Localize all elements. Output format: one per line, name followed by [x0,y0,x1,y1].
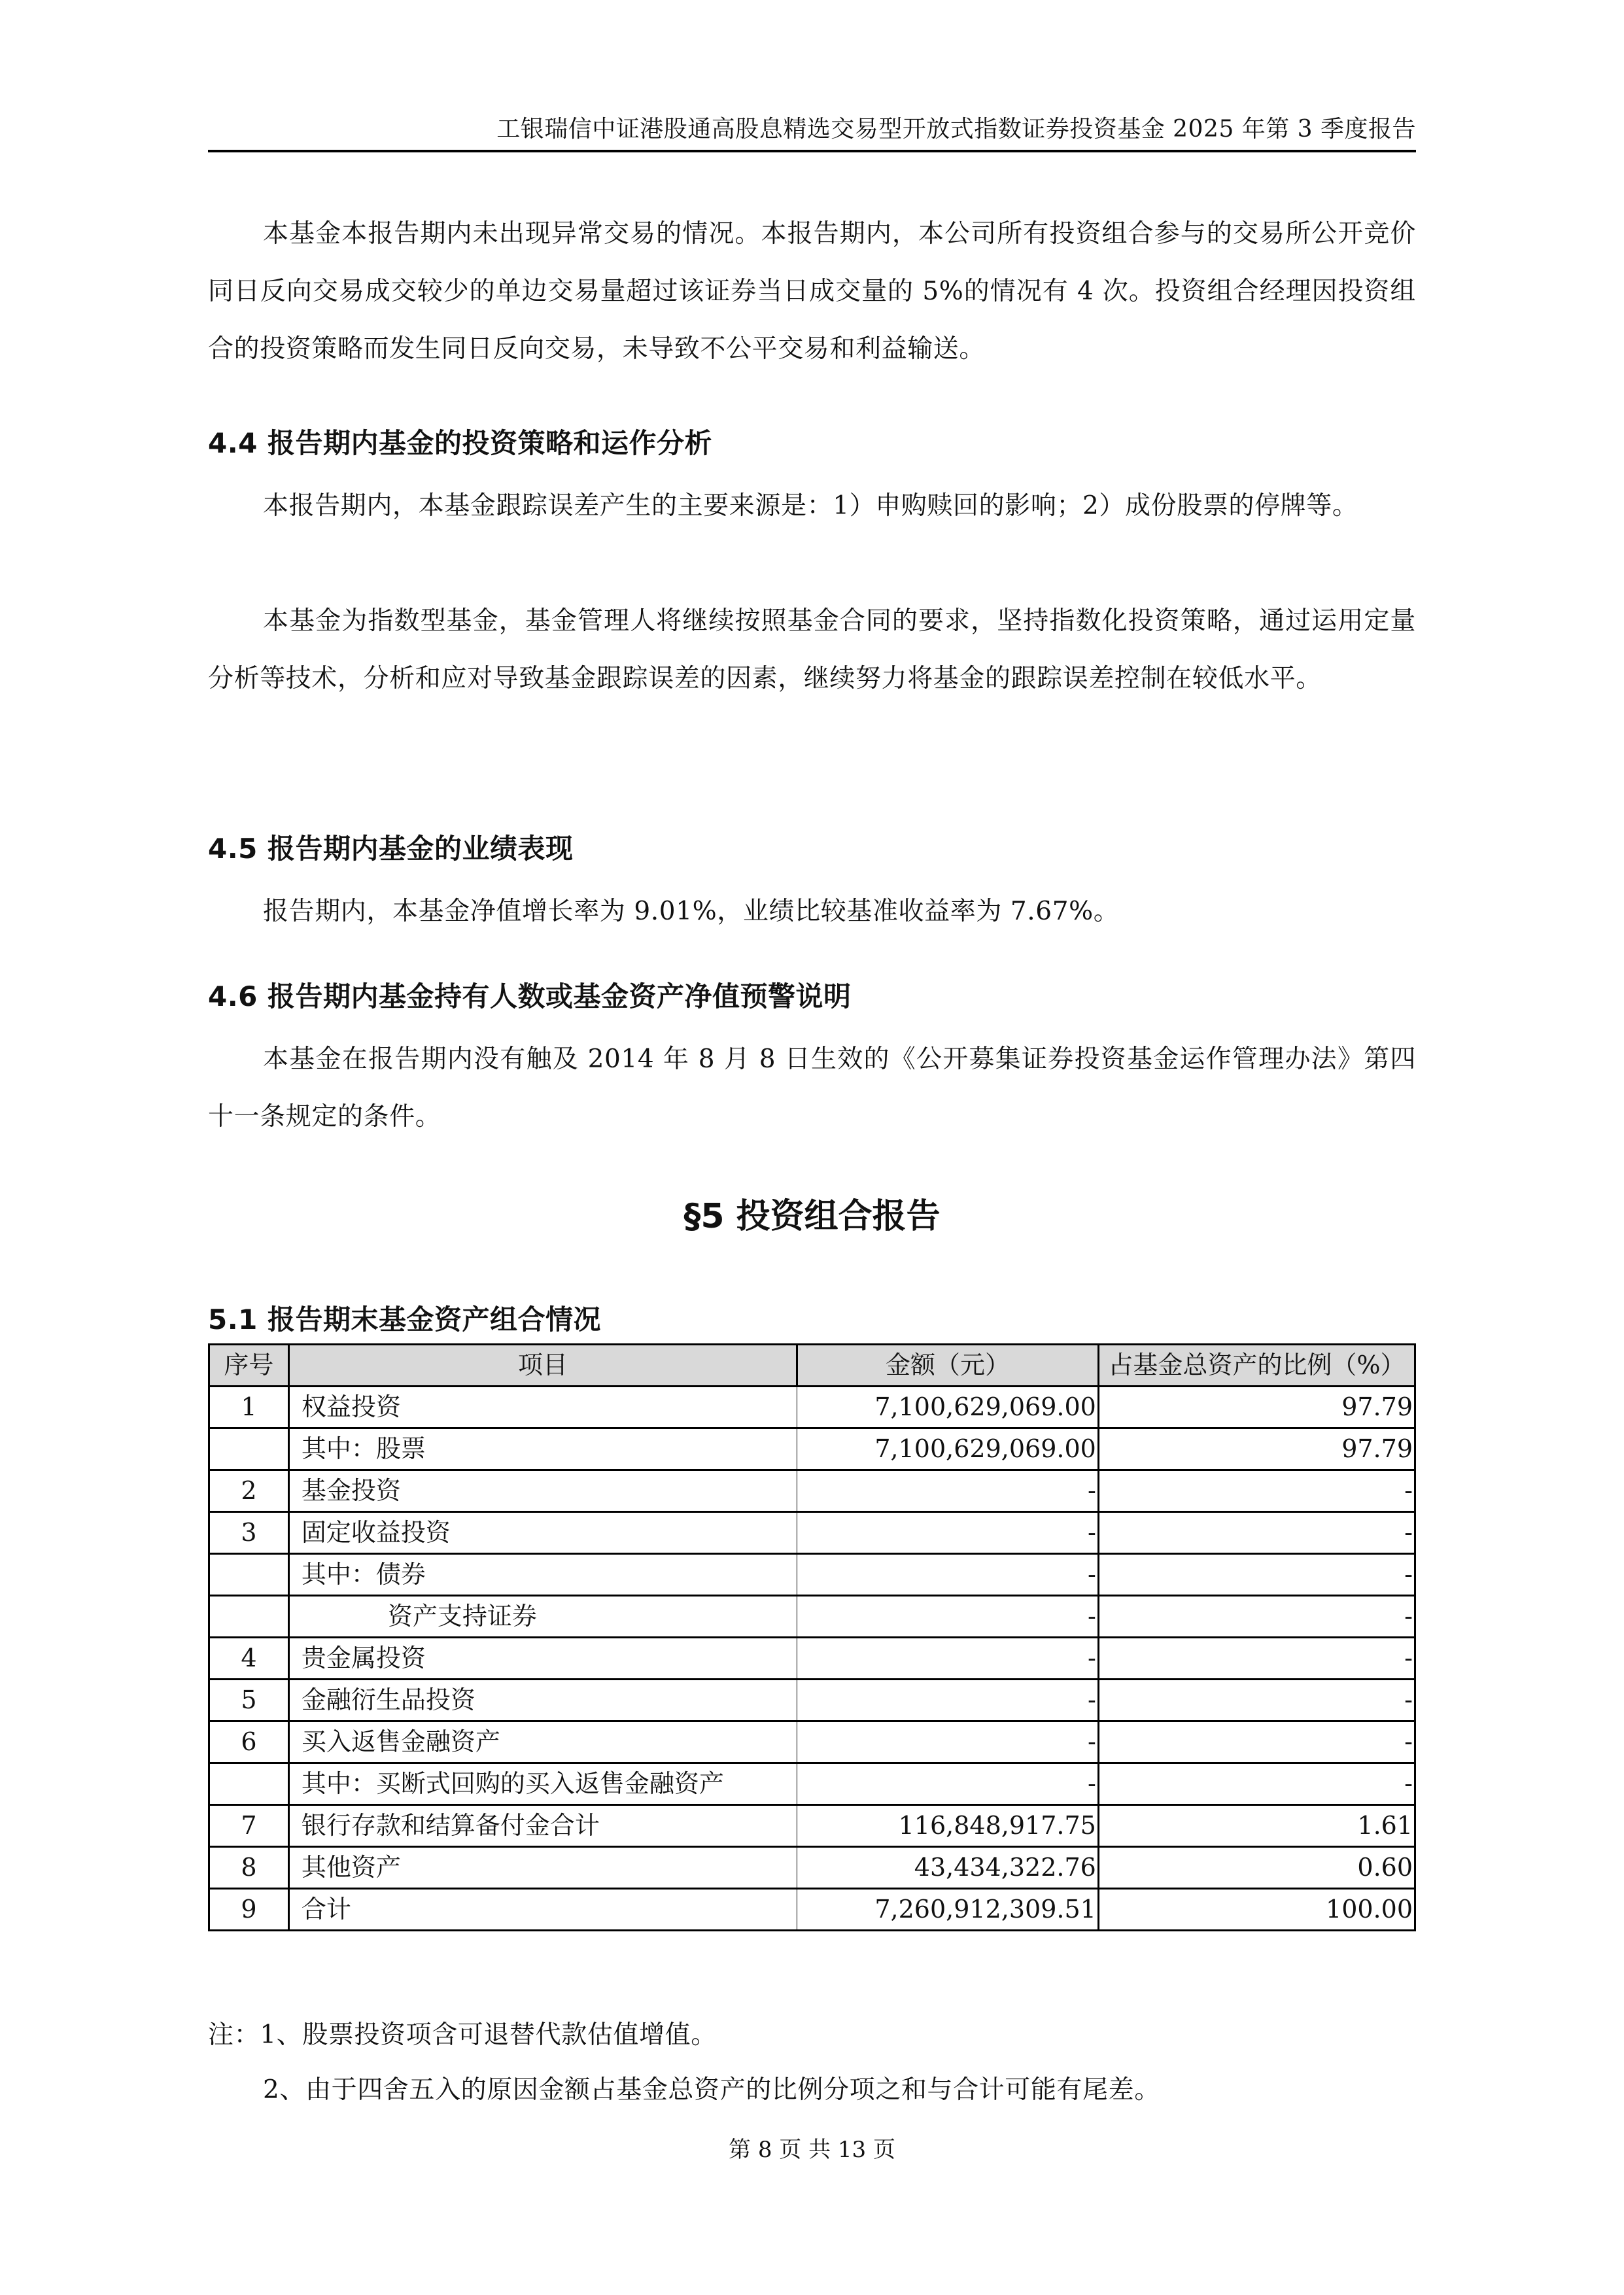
row-amount: - [797,1596,1099,1638]
row-no [209,1428,289,1470]
row-item: 固定收益投资 [288,1512,797,1554]
column-header-percent: 占基金总资产的比例（%） [1098,1345,1415,1387]
row-percent: - [1098,1596,1415,1638]
table-row: 1 权益投资 7,100,629,069.00 97.79 [209,1387,1415,1428]
row-amount: - [797,1638,1099,1680]
row-amount: - [797,1680,1099,1721]
table-row: 2 基金投资 - - [209,1470,1415,1512]
section-4-6-heading: 4.6 报告期内基金持有人数或基金资产净值预警说明 [208,977,852,1016]
row-percent: 1.61 [1098,1805,1415,1847]
row-item: 贵金属投资 [288,1638,797,1680]
row-amount: - [797,1512,1099,1554]
row-percent: - [1098,1638,1415,1680]
row-amount: 7,100,629,069.00 [797,1428,1099,1470]
row-no: 2 [209,1470,289,1512]
table-row: 其中：买断式回购的买入返售金融资产 - - [209,1763,1415,1805]
row-item: 权益投资 [288,1387,797,1428]
table-note-2: 2、由于四舍五入的原因金额占基金总资产的比例分项之和与合计可能有尾差。 [263,2071,1160,2110]
table-row: 其中：股票 7,100,629,069.00 97.79 [209,1428,1415,1470]
row-percent: 97.79 [1098,1387,1415,1428]
column-header-item: 项目 [288,1345,797,1387]
table-row: 6 买入返售金融资产 - - [209,1721,1415,1763]
row-item: 其他资产 [288,1847,797,1889]
row-amount: - [797,1554,1099,1596]
row-item: 其中：股票 [288,1428,797,1470]
table-row: 3 固定收益投资 - - [209,1512,1415,1554]
column-header-no: 序号 [209,1345,289,1387]
row-no: 7 [209,1805,289,1847]
row-amount: 116,848,917.75 [797,1805,1099,1847]
intro-paragraph: 本基金本报告期内未出现异常交易的情况。本报告期内，本公司所有投资组合参与的交易所… [208,205,1416,378]
row-percent: - [1098,1680,1415,1721]
section-4-5-heading: 4.5 报告期内基金的业绩表现 [208,829,574,869]
table-row: 8 其他资产 43,434,322.76 0.60 [209,1847,1415,1889]
row-item: 基金投资 [288,1470,797,1512]
row-no: 1 [209,1387,289,1428]
asset-allocation-table: 序号 项目 金额（元） 占基金总资产的比例（%） 1 权益投资 7,100,62… [208,1343,1416,1931]
row-no: 6 [209,1721,289,1763]
table-note-1: 注：1、股票投资项含可退替代款估值增值。 [208,2016,717,2055]
table-row: 资产支持证券 - - [209,1596,1415,1638]
row-no [209,1554,289,1596]
row-amount: 43,434,322.76 [797,1847,1099,1889]
row-no: 3 [209,1512,289,1554]
table-row: 7 银行存款和结算备付金合计 116,848,917.75 1.61 [209,1805,1415,1847]
row-percent: - [1098,1512,1415,1554]
row-item: 其中：买断式回购的买入返售金融资产 [288,1763,797,1805]
row-no [209,1763,289,1805]
table-row: 4 贵金属投资 - - [209,1638,1415,1680]
row-percent: 97.79 [1098,1428,1415,1470]
row-item: 金融衍生品投资 [288,1680,797,1721]
section-4-4-paragraph-1: 本报告期内，本基金跟踪误差产生的主要来源是：1）申购赎回的影响；2）成份股票的停… [208,477,1416,535]
row-percent: 0.60 [1098,1847,1415,1889]
row-amount: 7,100,629,069.00 [797,1387,1099,1428]
header-divider [208,150,1416,152]
table-row: 5 金融衍生品投资 - - [209,1680,1415,1721]
row-no: 9 [209,1889,289,1931]
row-item: 合计 [288,1889,797,1931]
section-5-1-heading: 5.1 报告期末基金资产组合情况 [208,1300,601,1339]
row-no: 8 [209,1847,289,1889]
page-header-title: 工银瑞信中证港股通高股息精选交易型开放式指数证券投资基金 2025 年第 3 季… [208,110,1416,149]
row-item: 银行存款和结算备付金合计 [288,1805,797,1847]
row-percent: - [1098,1470,1415,1512]
section-4-5-paragraph: 报告期内，本基金净值增长率为 9.01%，业绩比较基准收益率为 7.67%。 [208,883,1416,940]
row-item: 其中：债券 [288,1554,797,1596]
section-5-title: §5 投资组合报告 [0,1190,1624,1243]
row-no: 5 [209,1680,289,1721]
row-amount: - [797,1763,1099,1805]
section-4-4-paragraph-2: 本基金为指数型基金，基金管理人将继续按照基金合同的要求，坚持指数化投资策略，通过… [208,593,1416,708]
table-header-row: 序号 项目 金额（元） 占基金总资产的比例（%） [209,1345,1415,1387]
row-no: 4 [209,1638,289,1680]
row-percent: - [1098,1721,1415,1763]
row-no [209,1596,289,1638]
row-amount: - [797,1721,1099,1763]
row-percent: - [1098,1554,1415,1596]
row-amount: - [797,1470,1099,1512]
row-percent: 100.00 [1098,1889,1415,1931]
page-number: 第 8 页 共 13 页 [0,2133,1624,2166]
row-percent: - [1098,1763,1415,1805]
row-amount: 7,260,912,309.51 [797,1889,1099,1931]
table-row: 其中：债券 - - [209,1554,1415,1596]
row-item: 资产支持证券 [288,1596,797,1638]
section-4-4-heading: 4.4 报告期内基金的投资策略和运作分析 [208,424,712,463]
section-4-6-paragraph: 本基金在报告期内没有触及 2014 年 8 月 8 日生效的《公开募集证券投资基… [208,1031,1416,1146]
column-header-amount: 金额（元） [797,1345,1099,1387]
table-row-total: 9 合计 7,260,912,309.51 100.00 [209,1889,1415,1931]
row-item: 买入返售金融资产 [288,1721,797,1763]
